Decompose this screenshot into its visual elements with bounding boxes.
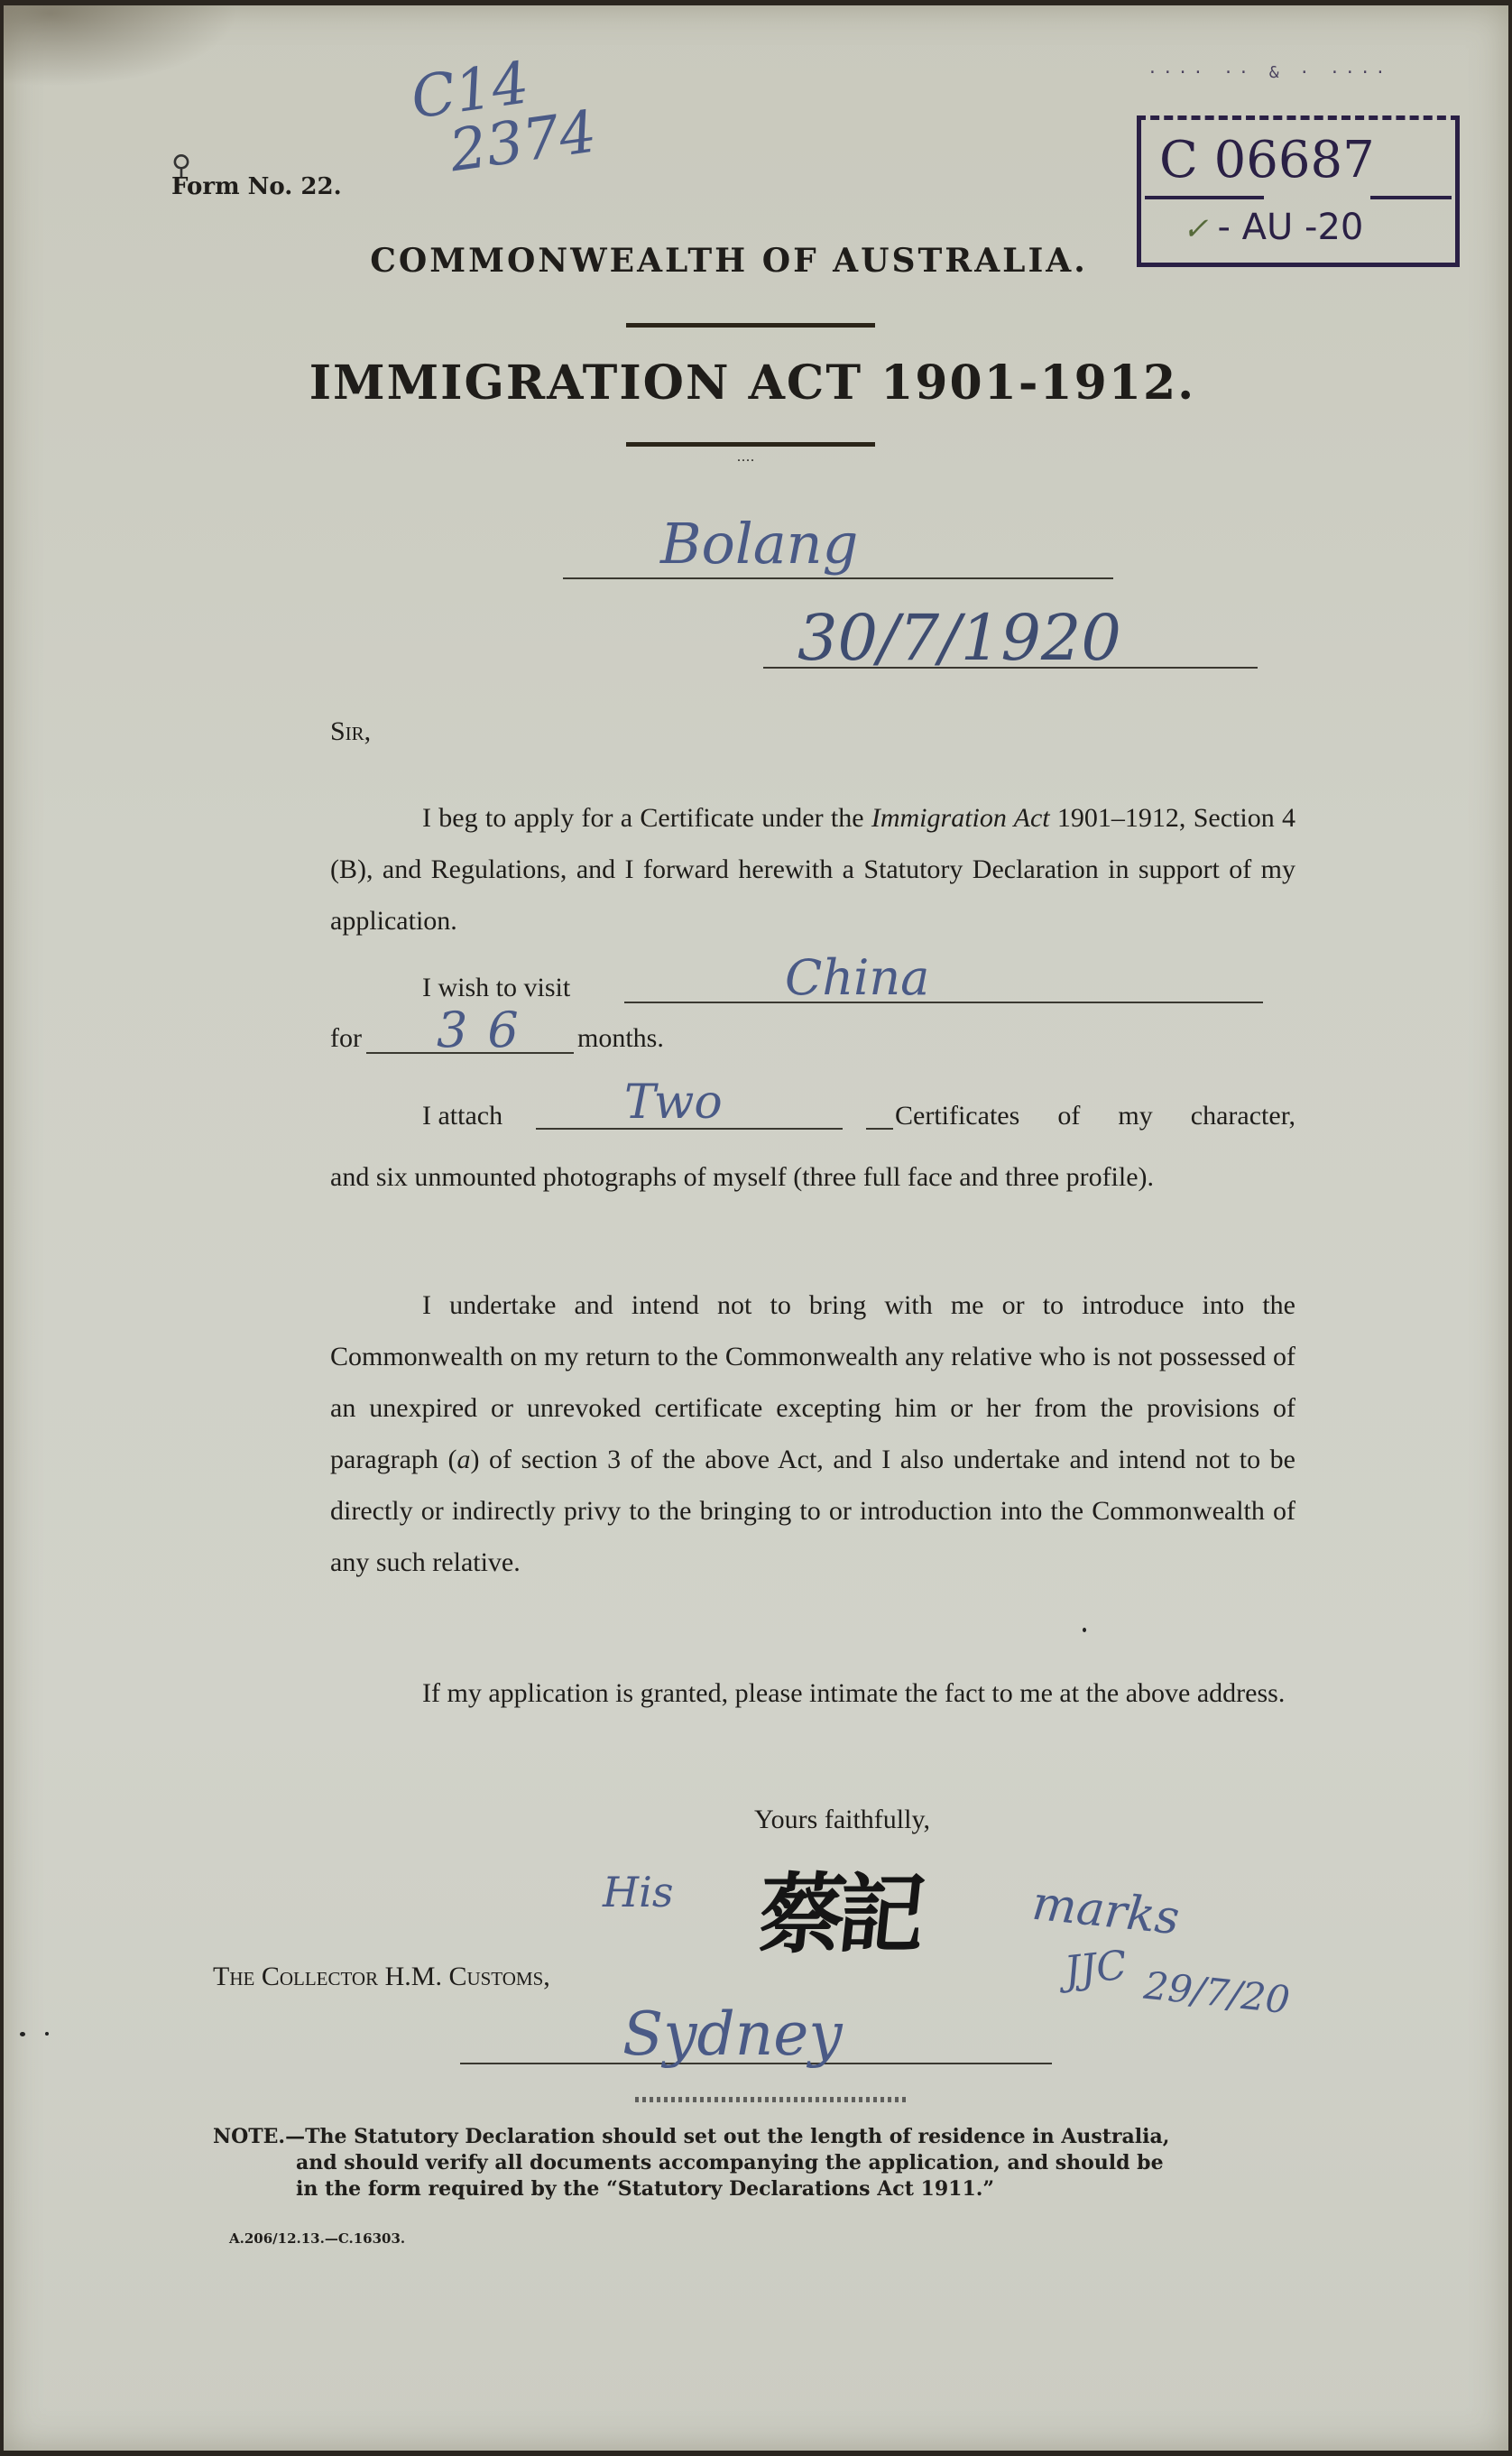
closing: Yours faithfully, (754, 1805, 930, 1835)
address-place-line (563, 577, 1113, 579)
signature-his: His (603, 1868, 673, 1916)
stamp-number: C 06687 (1159, 131, 1375, 189)
months-value: 36 (437, 1002, 539, 1058)
stamp-header-faint: ···· ·· & · ···· (1148, 63, 1390, 82)
heading-country: COMMONWEALTH OF AUSTRALIA. (4, 242, 1508, 280)
heading-rule-bottom (626, 442, 875, 447)
stamp-rule-right (1370, 196, 1452, 199)
attach-count-value: Two (624, 1076, 723, 1130)
heading-act: IMMIGRATION ACT 1901-1912. (4, 355, 1508, 411)
attach-field-line-end (866, 1128, 893, 1130)
speck (45, 2032, 49, 2036)
note-line-2: and should verify all documents accompan… (213, 2150, 1295, 2176)
attach-label: I attach (422, 1101, 502, 1131)
handwritten-reference: C14 2374 (408, 46, 600, 185)
paragraph-granted: If my application is granted, please int… (330, 1667, 1295, 1719)
note-label: NOTE. (213, 2125, 285, 2148)
form-number: Form No. 22. (171, 173, 342, 200)
stamp-rule-left (1145, 196, 1264, 199)
witness-date: 29/7/20 (1142, 1963, 1292, 2023)
decorative-wavy-rule (635, 2097, 906, 2102)
visit-label: I wish to visit (422, 973, 570, 1003)
visit-destination-value: China (785, 949, 929, 1006)
addressee-city: Sydney (622, 1999, 843, 2069)
speck (1083, 1628, 1086, 1632)
witness-initials: JJC (1063, 1943, 1129, 1995)
address-date: 30/7/1920 (797, 601, 1121, 675)
address-place: Bolang (660, 511, 858, 577)
note-line-3: in the form required by the “Statutory D… (213, 2176, 1295, 2202)
paragraph-undertaking: I undertake and intend not to bring with… (330, 1279, 1295, 1588)
attach-continuation: and six unmounted photographs of myself … (330, 1151, 1295, 1203)
months-label: months. (577, 1023, 664, 1054)
speck (20, 2032, 25, 2036)
print-code: A.206/12.13.—C.16303. (229, 2230, 405, 2247)
visit-field-line (624, 1002, 1263, 1003)
addressee: The Collector H.M. Customs, (213, 1962, 550, 1992)
heading-ornament: .... (737, 449, 755, 466)
paragraph-application: I beg to apply for a Certificate under t… (330, 792, 1295, 946)
document-page: ⚲ Form No. 22. C14 2374 ···· ·· & · ····… (4, 5, 1508, 2451)
signature-marks: marks (1029, 1877, 1182, 1946)
footnote: NOTE.—The Statutory Declaration should s… (213, 2124, 1295, 2202)
salutation: Sir, (330, 716, 371, 747)
attach-after-text: Certificates of my character, (895, 1101, 1295, 1131)
heading-rule-top (626, 323, 875, 328)
address-date-line (763, 667, 1258, 669)
for-label: for (330, 1023, 362, 1054)
signature-chinese-mark: 蔡記 (753, 1846, 925, 1970)
note-line-1: —The Statutory Declaration should set ou… (285, 2125, 1169, 2148)
